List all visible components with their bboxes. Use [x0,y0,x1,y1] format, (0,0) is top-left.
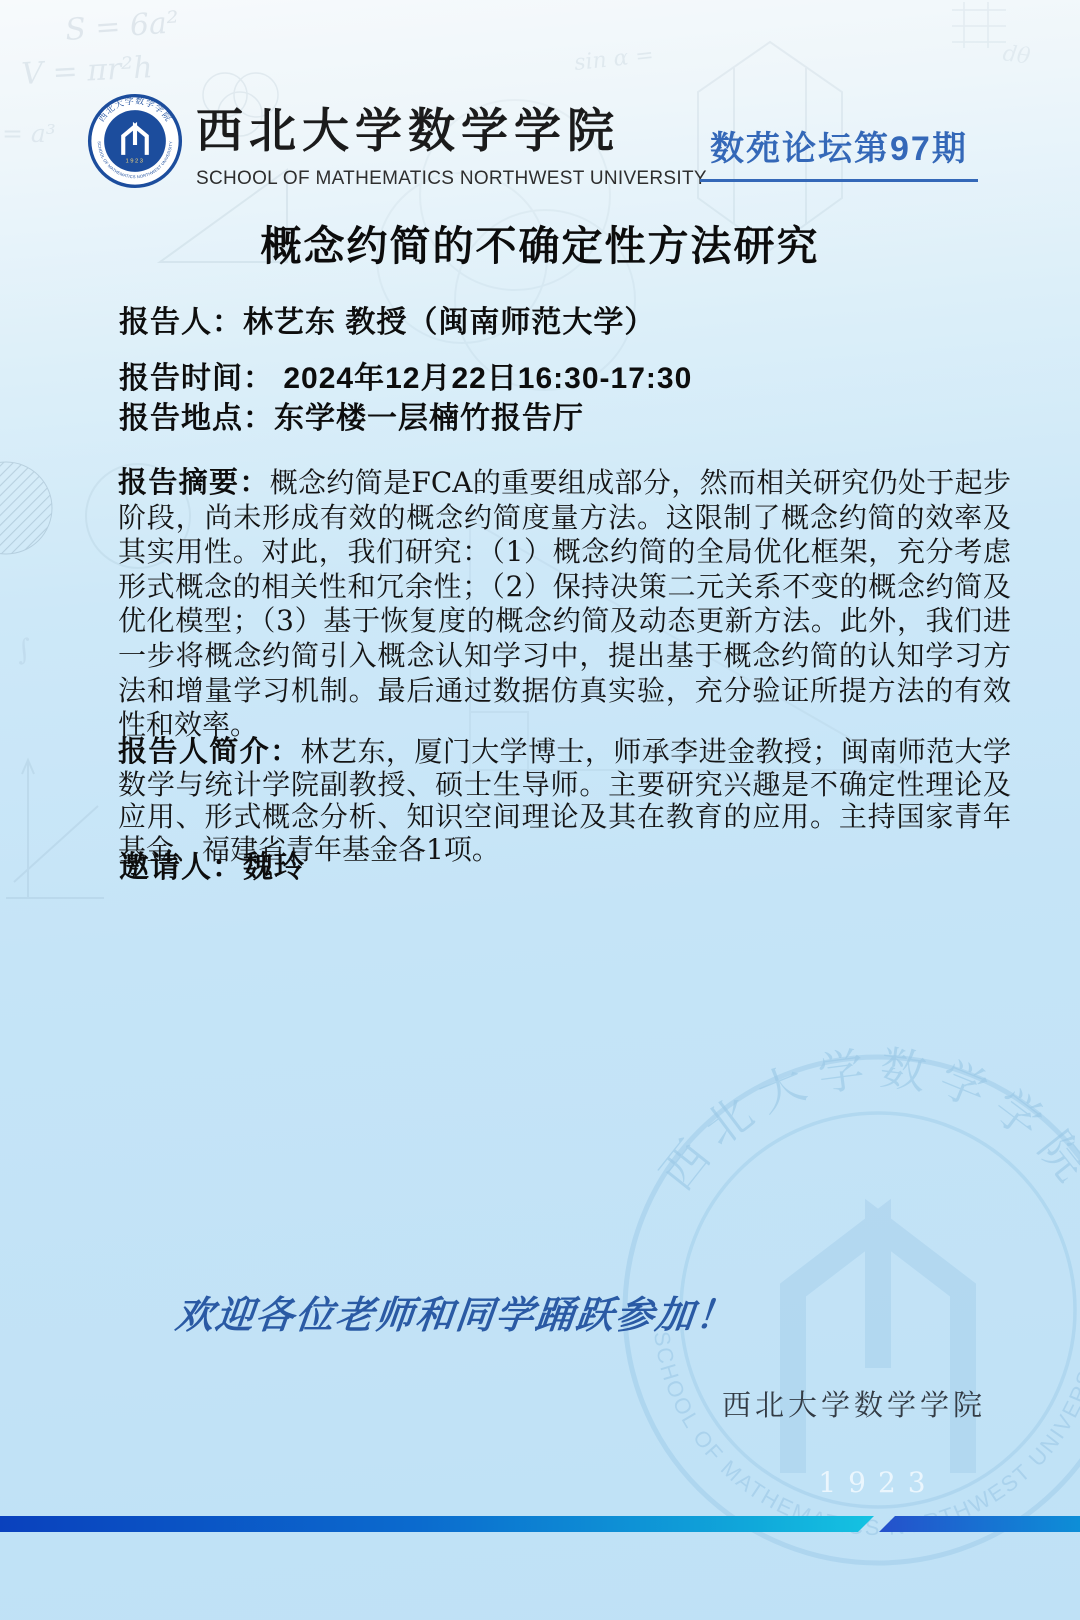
sketch-formula-cube: = a³ [2,119,56,148]
sketch-formula-volume: V = πr²h [21,50,154,92]
talk-info: 报告人：林艺东 教授（闽南师范大学） 报告时间： 2024年12月22日16:3… [119,303,692,439]
organizer-signature: 西北大学数学学院 [722,1383,986,1424]
watermark-m-logo [793,1225,963,1460]
inviter-line: 邀请人：魏玲 [119,842,305,886]
seminar-poster: S = 6a² V = πr²h = a³ sin α = dθ ∫ [0,0,1080,1620]
sketch-grid [952,2,1006,48]
inviter-value: 魏玲 [243,851,305,884]
abstract-body: 概念约简是FCA的重要组成部分，然而相关研究仍处于起步阶段，尚未形成有效的概念约… [118,466,1011,741]
sketch-formula-integral: ∫ [14,632,33,667]
bottom-stripe-right [878,1516,1080,1532]
speaker-value: 林艺东 教授（闽南师范大学） [243,306,655,339]
location-label: 报告地点： [119,402,274,435]
bio-label: 报告人简介： [118,736,301,768]
watermark-arc-english: SCHOOL OF MATHEMATICS NORTHWEST UNIVERSI… [649,1330,1080,1540]
sketch-formula-dtheta: dθ [1001,41,1032,70]
svg-text:西北大学数学学院: 西北大学数学学院 [650,1040,1080,1200]
sketch-formula-sin: sin α = [573,43,655,76]
time-line: 报告时间： 2024年12月22日16:30-17:30 [119,359,692,399]
school-logo-seal: 西北大学数学学院 SCHOOL OF MATHEMATICS NORTHWEST… [86,92,184,190]
bottom-stripe-left [0,1516,874,1532]
speaker-line: 报告人：林艺东 教授（闽南师范大学） [119,303,692,343]
sketch-axes [6,760,104,898]
abstract-label: 报告摘要： [118,467,270,499]
svg-text:SCHOOL OF MATHEMATICS NORTHWES: SCHOOL OF MATHEMATICS NORTHWEST UNIVERSI… [649,1330,1080,1540]
brand-chinese-name: 西北大学数学学院 [196,94,707,161]
welcome-calligraphy: 欢迎各位老师和同学踊跃参加！ [173,1284,739,1339]
location-line: 报告地点：东学楼一层楠竹报告厅 [119,399,692,439]
sketch-hatched-circle [0,462,52,554]
talk-title: 概念约简的不确定性方法研究 [0,213,1080,272]
abstract-section: 报告摘要：概念约简是FCA的重要组成部分，然而相关研究仍处于起步阶段，尚未形成有… [118,466,1011,743]
watermark-year: 1923 [818,1466,937,1499]
logo-year: 1923 [126,159,145,165]
forum-series-label: 数苑论坛第97期 [710,130,968,168]
inviter-label: 邀请人： [119,851,243,884]
time-label: 报告时间： [119,362,274,395]
sketch-formula-surface: S = 6a² [64,5,180,48]
watermark-arc-chinese: 西北大学数学学院 [650,1040,1080,1200]
speaker-label: 报告人： [119,306,243,339]
forum-series-badge: 数苑论坛第97期 [700,121,978,182]
brand-english-name: SCHOOL OF MATHEMATICS NORTHWEST UNIVERSI… [196,168,707,190]
location-value: 东学楼一层楠竹报告厅 [274,402,584,435]
brand-block: 西北大学数学学院 SCHOOL OF MATHEMATICS NORTHWEST… [196,94,707,190]
time-value: 2024年12月22日16:30-17:30 [274,362,692,395]
